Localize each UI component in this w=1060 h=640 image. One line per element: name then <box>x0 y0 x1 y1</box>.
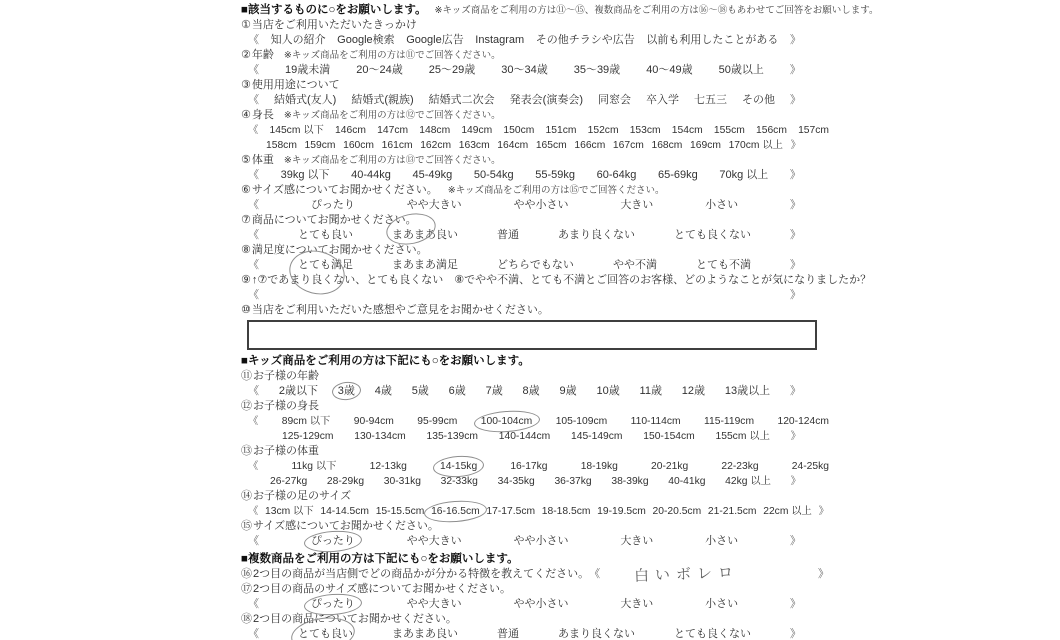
option-circled[interactable]: 3歳 <box>338 384 355 399</box>
option[interactable]: 39kg 以下 <box>281 168 330 183</box>
option[interactable]: 結婚式(親族) <box>351 93 413 108</box>
option[interactable]: 24-25kg <box>792 459 829 474</box>
scanned-survey-page: ■該当するものに○をお願いします。※キッズ商品をご利用の方は⑪〜⑮、複数商品をご… <box>0 0 1060 640</box>
option[interactable]: 30〜34歳 <box>501 63 547 78</box>
option-circled[interactable]: ぴったり <box>311 597 355 612</box>
main-header-note: ※キッズ商品をご利用の方は⑪〜⑮、複数商品をご利用の方は⑯〜⑱もあわせてご回答を… <box>434 5 878 16</box>
question-line: ⑧満足度についてお聞かせください。 <box>241 243 835 258</box>
question-note: ※キッズ商品をご利用の方は⑬でご回答ください。 <box>284 155 501 166</box>
question-number: ⑯ <box>241 567 252 582</box>
option[interactable]: 120-124cm <box>777 414 829 429</box>
option[interactable]: 105-109cm <box>556 414 608 429</box>
options-row: 125-129cm130-134cm135-139cm140-144cm145-… <box>275 429 801 444</box>
option[interactable]: 167cm <box>613 138 644 153</box>
option[interactable]: 36-37kg <box>554 474 591 489</box>
option[interactable]: 42kg 以上 <box>725 474 771 489</box>
option-circled[interactable]: 16-16.5cm <box>431 504 480 519</box>
question-label: サイズ感についてお聞かせください。 <box>252 184 438 196</box>
question-number: ⑤ <box>241 154 251 166</box>
option[interactable]: 70kg 以上 <box>719 168 768 183</box>
main-header-title: ■該当するものに○をお願いします。 <box>241 4 426 16</box>
open-bracket: 《 <box>248 288 259 303</box>
option[interactable]: 153cm <box>630 123 661 138</box>
option[interactable]: やや不満 <box>613 258 657 273</box>
option[interactable]: 発表会(演奏会) <box>510 93 583 108</box>
option[interactable]: ぴったり <box>311 198 355 213</box>
question-line: ②年齢※キッズ商品をご利用の方は⑪でご回答ください。 <box>241 48 835 63</box>
option[interactable]: 卒入学 <box>646 93 679 108</box>
open-bracket: 《 <box>248 504 258 519</box>
option-circled[interactable]: ぴったり <box>311 534 355 549</box>
option[interactable]: 21-21.5cm <box>708 504 757 519</box>
option[interactable]: 七五三 <box>694 93 727 108</box>
close-bracket: 》 <box>790 597 801 612</box>
option[interactable]: 50歳以上 <box>719 63 764 78</box>
option[interactable]: その他チラシや広告 <box>536 33 635 48</box>
open-bracket: 《 <box>248 384 259 399</box>
section-header: ■キッズ商品をご利用の方は下記にも○をお願いします。 <box>241 354 835 369</box>
option[interactable]: 結婚式(友人) <box>274 93 336 108</box>
question-number: ⑦ <box>241 214 251 226</box>
options-row: 《89cm 以下90-94cm95-99cm100-104cm105-109cm… <box>241 414 829 429</box>
question-line: ①当店をご利用いただいたきっかけ <box>241 18 835 33</box>
option[interactable]: 18-18.5cm <box>542 504 591 519</box>
question-note: ※キッズ商品をご利用の方は⑪でご回答ください。 <box>284 50 501 61</box>
option[interactable]: 147cm <box>377 123 408 138</box>
question-line: ⑨↑⑦であまり良くない、とても良くない ⑧でやや不満、とても不満とご回答のお客様… <box>241 273 835 288</box>
option[interactable]: 148cm <box>419 123 450 138</box>
option[interactable]: 5歳 <box>412 384 429 399</box>
question-number: ⑩ <box>241 304 251 316</box>
question-line: ⑫お子様の身長 <box>241 399 835 414</box>
option[interactable]: どちらでもない <box>497 258 574 273</box>
option[interactable]: 169cm <box>690 138 721 153</box>
question-label: 使用用途について <box>252 79 340 91</box>
option[interactable]: 45-49kg <box>413 168 453 183</box>
question-number: ⑥ <box>241 184 251 196</box>
option[interactable]: 150-154cm <box>643 429 695 444</box>
option[interactable]: あまり良くない <box>558 228 635 243</box>
option[interactable]: 149cm <box>461 123 492 138</box>
option[interactable]: 16-17kg <box>510 459 547 474</box>
option[interactable]: 89cm 以下 <box>282 414 331 429</box>
section-header: ■複数商品をご利用の方は下記にも○をお願いします。 <box>241 552 835 567</box>
question-line: ⑦商品についてお聞かせください。 <box>241 213 835 228</box>
option[interactable]: 34-35kg <box>498 474 535 489</box>
option[interactable]: Instagram <box>475 33 524 48</box>
option[interactable]: 大きい <box>620 597 653 612</box>
option[interactable]: 115-119cm <box>704 414 754 429</box>
option[interactable]: 25〜29歳 <box>429 63 475 78</box>
option[interactable]: 18-19kg <box>581 459 618 474</box>
option[interactable]: 小さい <box>705 534 738 549</box>
open-bracket: 《 <box>248 198 259 213</box>
open-bracket: 《 <box>248 627 259 640</box>
option[interactable]: 13cm 以下 <box>265 504 314 519</box>
option[interactable]: 40-41kg <box>668 474 705 489</box>
question-number: ⑱ <box>241 613 252 625</box>
option[interactable]: 163cm <box>459 138 490 153</box>
option[interactable]: 145cm 以下 <box>269 123 323 138</box>
question-label: 商品についてお聞かせください。 <box>252 214 417 226</box>
options-row: 《とても満足まあまあ満足どちらでもないやや不満とても不満》 <box>241 258 801 273</box>
question-note: ※キッズ商品をご利用の方は⑫でご回答ください。 <box>284 110 501 121</box>
option[interactable]: 11歳 <box>640 384 662 399</box>
question-number: ⑫ <box>241 400 252 412</box>
option[interactable]: 158cm <box>266 138 297 153</box>
question-line: ⑤体重※キッズ商品をご利用の方は⑬でご回答ください。 <box>241 153 835 168</box>
question-number: ⑨ <box>241 274 251 286</box>
option[interactable]: 2歳以下 <box>279 384 318 399</box>
question-number: ③ <box>241 79 251 91</box>
option[interactable]: 166cm <box>574 138 605 153</box>
option[interactable]: 35〜39歳 <box>574 63 620 78</box>
option[interactable]: あまり良くない <box>558 627 635 640</box>
option[interactable]: 19歳未満 <box>285 63 330 78</box>
open-bracket: 《 <box>248 33 259 48</box>
question-line: ⑩当店をご利用いただいた感想やご意見をお聞かせください。 <box>241 303 835 318</box>
option-circled[interactable]: とても満足 <box>298 258 353 273</box>
close-bracket: 》 <box>790 288 801 303</box>
close-bracket: 》 <box>790 198 801 213</box>
option[interactable]: 159cm <box>305 138 336 153</box>
open-bracket: 《 <box>248 534 259 549</box>
close-bracket: 》 <box>790 627 801 640</box>
option[interactable]: 90-94cm <box>354 414 394 429</box>
option[interactable]: 55-59kg <box>535 168 575 183</box>
open-bracket: 《 <box>589 567 600 582</box>
handwritten-answer: 白いボレロ <box>634 565 739 584</box>
option[interactable]: 152cm <box>588 123 619 138</box>
option[interactable]: 135-139cm <box>427 429 479 444</box>
option[interactable]: 小さい <box>705 198 738 213</box>
options-row: 《ぴったりやや大きいやや小さい大きい小さい》 <box>241 597 801 612</box>
option[interactable]: やや小さい <box>513 534 568 549</box>
option[interactable]: 19-19.5cm <box>597 504 646 519</box>
question-line: ⑱2つ目の商品についてお聞かせください。 <box>241 612 835 627</box>
question-line: ⑪お子様の年齢 <box>241 369 835 384</box>
question-number: ⑪ <box>241 370 252 382</box>
option[interactable]: 95-99cm <box>417 414 457 429</box>
options-row: 《11kg 以下12-13kg14-15kg16-17kg18-19kg20-2… <box>241 459 829 474</box>
question-list: ①当店をご利用いただいたきっかけ《知人の紹介Google検索Google広告In… <box>241 18 835 640</box>
option[interactable]: 普通 <box>497 627 519 640</box>
question-label: 年齢 <box>252 49 274 61</box>
question-line: ⑥サイズ感についてお聞かせください。※キッズ商品をご利用の方は⑮でご回答ください… <box>241 183 835 198</box>
option[interactable]: 165cm <box>536 138 567 153</box>
option[interactable]: 26-27kg <box>270 474 307 489</box>
option[interactable]: 140-144cm <box>499 429 551 444</box>
option[interactable]: 11kg 以下 <box>291 459 336 474</box>
open-bracket: 《 <box>248 597 259 612</box>
close-bracket: 》 <box>791 429 801 444</box>
option[interactable]: 大きい <box>620 198 653 213</box>
option-circled[interactable]: 100-104cm <box>481 414 533 429</box>
open-bracket: 《 <box>248 123 258 138</box>
question-label: お子様の身長 <box>253 400 319 412</box>
option[interactable]: とても良くない <box>674 627 751 640</box>
option[interactable]: とても良くない <box>674 228 751 243</box>
question-number: ⑭ <box>241 490 252 502</box>
close-bracket: 》 <box>790 228 801 243</box>
option[interactable]: 32-33kg <box>441 474 478 489</box>
option[interactable]: 160cm <box>343 138 374 153</box>
question-number: ① <box>241 19 251 31</box>
option-circled[interactable]: まあまあ良い <box>392 228 458 243</box>
options-row: 《ぴったりやや大きいやや小さい大きい小さい》 <box>241 198 801 213</box>
option[interactable]: まあまあ良い <box>392 627 458 640</box>
option[interactable]: まあまあ満足 <box>392 258 458 273</box>
option[interactable]: 170cm 以上 <box>729 138 783 153</box>
option[interactable]: 同窓会 <box>598 93 631 108</box>
option[interactable]: 12-13kg <box>370 459 407 474</box>
question-label: 体重 <box>252 154 274 166</box>
question-label: ↑⑦であまり良くない、とても良くない ⑧でやや不満、とても不満とご回答のお客様、… <box>252 274 871 286</box>
option[interactable]: 20〜24歳 <box>356 63 402 78</box>
question-number: ⑰ <box>241 583 252 595</box>
options-row: 《13cm 以下14-14.5cm15-15.5cm16-16.5cm17-17… <box>241 504 829 519</box>
option[interactable]: 大きい <box>620 534 653 549</box>
question-label: お子様の足のサイズ <box>253 490 351 502</box>
close-bracket: 》 <box>790 33 801 48</box>
question-label: 2つ目の商品が当店側でどの商品かが分かる特徴を教えてください。 <box>253 567 589 582</box>
option[interactable]: 155cm <box>714 123 745 138</box>
option[interactable]: 7歳 <box>486 384 503 399</box>
option[interactable]: 14-14.5cm <box>320 504 369 519</box>
option[interactable]: 6歳 <box>449 384 466 399</box>
option[interactable]: 161cm <box>382 138 413 153</box>
options-row: 26-27kg28-29kg30-31kg32-33kg34-35kg36-37… <box>263 474 801 489</box>
option[interactable]: やや小さい <box>513 198 568 213</box>
option[interactable]: Google広告 <box>406 33 463 48</box>
option[interactable]: 20-21kg <box>651 459 688 474</box>
options-row: 《結婚式(友人)結婚式(親族)結婚式二次会発表会(演奏会)同窓会卒入学七五三その… <box>241 93 801 108</box>
question-label: お子様の体重 <box>253 445 319 457</box>
close-bracket: 》 <box>819 504 829 519</box>
option[interactable]: とても不満 <box>696 258 751 273</box>
option[interactable]: 130-134cm <box>354 429 406 444</box>
option-circled[interactable]: 14-15kg <box>440 459 477 474</box>
question-note: ※キッズ商品をご利用の方は⑮でご回答ください。 <box>448 185 665 196</box>
question-line: ④身長※キッズ商品をご利用の方は⑫でご回答ください。 <box>241 108 835 123</box>
question-with-inline-answer: ⑯2つ目の商品が当店側でどの商品かが分かる特徴を教えてください。《白いボレロ》 <box>241 567 829 582</box>
option[interactable]: 157cm <box>798 123 829 138</box>
open-bracket: 《 <box>248 258 259 273</box>
option[interactable]: 40〜49歳 <box>646 63 692 78</box>
comment-box[interactable] <box>247 320 817 350</box>
close-bracket: 》 <box>790 384 801 399</box>
options-row: 《145cm 以下146cm147cm148cm149cm150cm151cm1… <box>241 123 829 138</box>
option[interactable]: 17-17.5cm <box>486 504 535 519</box>
option[interactable]: 22-23kg <box>721 459 758 474</box>
open-bracket: 《 <box>248 93 259 108</box>
question-line: ⑮サイズ感についてお聞かせください。 <box>241 519 835 534</box>
option[interactable]: 9歳 <box>560 384 577 399</box>
option[interactable]: 156cm <box>756 123 787 138</box>
options-row: 《とても良いまあまあ良い普通あまり良くないとても良くない》 <box>241 228 801 243</box>
option[interactable]: 15-15.5cm <box>376 504 425 519</box>
options-row: 《とても良いまあまあ良い普通あまり良くないとても良くない》 <box>241 627 801 640</box>
open-bracket: 《 <box>248 414 258 429</box>
survey-sheet: ■該当するものに○をお願いします。※キッズ商品をご利用の方は⑪〜⑮、複数商品をご… <box>241 3 835 640</box>
option[interactable]: 以前も利用したことがある <box>646 33 778 48</box>
question-line: ⑰2つ目の商品のサイズ感についてお聞かせください。 <box>241 582 835 597</box>
close-bracket: 》 <box>790 63 801 78</box>
options-row: 《19歳未満20〜24歳25〜29歳30〜34歳35〜39歳40〜49歳50歳以… <box>241 63 801 78</box>
option[interactable]: 65-69kg <box>658 168 698 183</box>
option[interactable]: Google検索 <box>337 33 394 48</box>
option[interactable]: 普通 <box>497 228 519 243</box>
option[interactable]: 12歳 <box>682 384 705 399</box>
option[interactable]: 結婚式二次会 <box>429 93 495 108</box>
question-number: ④ <box>241 109 251 121</box>
question-line: ⑭お子様の足のサイズ <box>241 489 835 504</box>
options-row: 《ぴったりやや大きいやや小さい大きい小さい》 <box>241 534 801 549</box>
options-row: 《2歳以下3歳4歳5歳6歳7歳8歳9歳10歳11歳12歳13歳以上》 <box>241 384 801 399</box>
option[interactable]: 知人の紹介 <box>271 33 326 48</box>
option[interactable]: 162cm <box>420 138 451 153</box>
open-bracket: 《 <box>248 459 258 474</box>
option[interactable]: 150cm <box>503 123 534 138</box>
option[interactable]: やや大きい <box>407 534 462 549</box>
option[interactable]: やや大きい <box>407 597 462 612</box>
question-number: ⑬ <box>241 445 252 457</box>
option[interactable]: 30-31kg <box>384 474 421 489</box>
close-bracket: 》 <box>790 168 801 183</box>
option[interactable]: 8歳 <box>523 384 540 399</box>
open-bracket: 《 <box>248 168 259 183</box>
option[interactable]: 168cm <box>651 138 682 153</box>
close-bracket: 》 <box>818 567 829 582</box>
options-row: 《知人の紹介Google検索Google広告Instagramその他チラシや広告… <box>241 33 801 48</box>
question-label: 満足度についてお聞かせください。 <box>252 244 428 256</box>
question-number: ② <box>241 49 251 61</box>
question-label: 2つ目の商品についてお聞かせください。 <box>253 613 457 625</box>
option[interactable]: 110-114cm <box>631 414 681 429</box>
question-label: お子様の年齢 <box>253 370 319 382</box>
question-number: ⑧ <box>241 244 251 256</box>
option[interactable]: その他 <box>742 93 775 108</box>
question-line: ③使用用途について <box>241 78 835 93</box>
close-bracket: 》 <box>790 93 801 108</box>
option[interactable]: 60-64kg <box>597 168 637 183</box>
option[interactable]: 40-44kg <box>351 168 391 183</box>
option[interactable]: 145-149cm <box>571 429 623 444</box>
option[interactable]: 125-129cm <box>282 429 334 444</box>
survey-main-header: ■該当するものに○をお願いします。※キッズ商品をご利用の方は⑪〜⑮、複数商品をご… <box>241 3 835 18</box>
question-number: ⑮ <box>241 520 252 532</box>
question-line: ⑬お子様の体重 <box>241 444 835 459</box>
option[interactable]: 28-29kg <box>327 474 364 489</box>
options-row: 《39kg 以下40-44kg45-49kg50-54kg55-59kg60-6… <box>241 168 801 183</box>
option-circled[interactable]: とても良い <box>298 627 353 640</box>
close-bracket: 》 <box>791 474 801 489</box>
option[interactable]: 22cm 以上 <box>763 504 812 519</box>
close-bracket: 》 <box>790 258 801 273</box>
option[interactable]: 小さい <box>705 597 738 612</box>
option[interactable]: 38-39kg <box>611 474 648 489</box>
question-label: 身長 <box>252 109 274 121</box>
question-label: 2つ目の商品のサイズ感についてお聞かせください。 <box>253 583 511 595</box>
options-row: 《》 <box>241 288 801 303</box>
option[interactable]: 154cm <box>672 123 703 138</box>
close-bracket: 》 <box>791 138 801 153</box>
option[interactable]: とても良い <box>298 228 353 243</box>
option[interactable]: やや大きい <box>407 198 462 213</box>
option[interactable]: 164cm <box>497 138 528 153</box>
question-label: サイズ感についてお聞かせください。 <box>253 520 439 532</box>
option[interactable]: 146cm <box>335 123 366 138</box>
option[interactable]: やや小さい <box>513 597 568 612</box>
close-bracket: 》 <box>790 534 801 549</box>
question-label: 当店をご利用いただいたきっかけ <box>252 19 417 31</box>
open-bracket: 《 <box>248 63 259 78</box>
option[interactable]: 151cm <box>546 123 577 138</box>
option[interactable]: 13歳以上 <box>725 384 770 399</box>
question-label: 当店をご利用いただいた感想やご意見をお聞かせください。 <box>252 304 549 316</box>
open-bracket: 《 <box>248 228 259 243</box>
options-row: 158cm159cm160cm161cm162cm163cm164cm165cm… <box>259 138 801 153</box>
option[interactable]: 50-54kg <box>474 168 514 183</box>
option[interactable]: 155cm 以上 <box>716 429 770 444</box>
option[interactable]: 4歳 <box>375 384 392 399</box>
option[interactable]: 10歳 <box>596 384 619 399</box>
option[interactable]: 20-20.5cm <box>653 504 702 519</box>
